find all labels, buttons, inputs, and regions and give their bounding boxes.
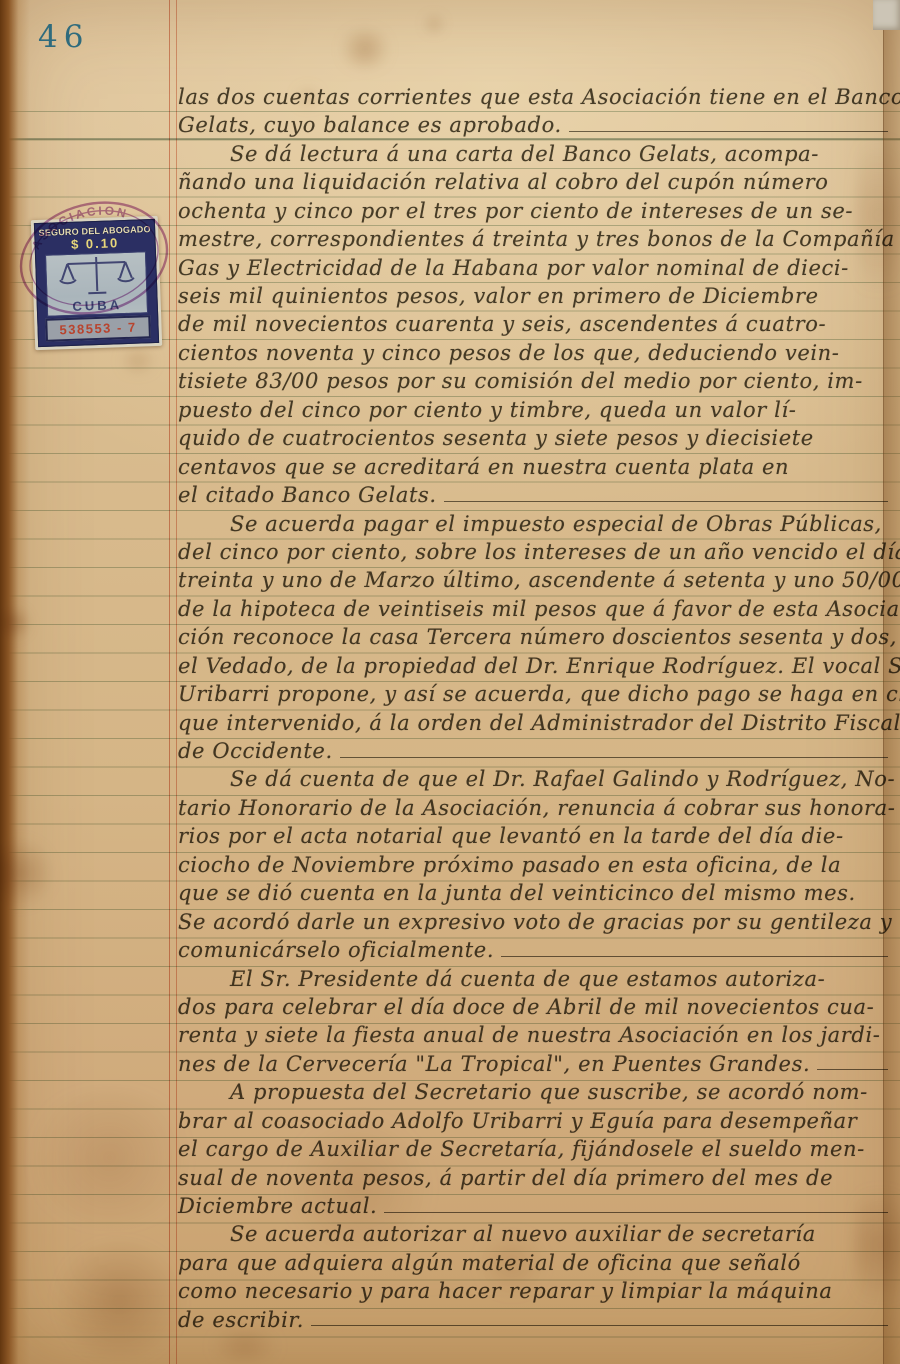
manuscript-line: ción reconoce la casa Tercera número dos… [178,623,892,651]
manuscript-line: A propuesta del Secretario que suscribe,… [178,1078,892,1106]
manuscript-line-text: ciocho de Noviembre próximo pasado en es… [178,851,841,879]
manuscript-line-text: Se acuerda autorizar al nuevo auxiliar d… [230,1220,816,1248]
manuscript-line-text: como necesario y para hacer reparar y li… [178,1277,832,1305]
manuscript-line-text: Se acordó darle un expresivo voto de gra… [178,908,892,936]
stain [116,350,160,372]
manuscript-line: seis mil quinientos pesos, valor en prim… [178,282,892,310]
manuscript-line-text: del cinco por ciento, sobre los interese… [178,538,900,566]
manuscript-line-text: Gas y Electricidad de la Habana por valo… [178,254,849,282]
manuscript-line-text: ción reconoce la casa Tercera número dos… [178,623,900,651]
manuscript-line-text: nes de la Cervecería "La Tropical", en P… [178,1050,810,1078]
manuscript-line-text: centavos que se acreditará en nuestra cu… [178,453,789,481]
paragraph-fill-line [444,501,888,502]
binding-edge [0,0,30,1364]
manuscript-line: Se dá cuenta de que el Dr. Rafael Galind… [178,766,892,794]
manuscript-line-text: Gelats, cuyo balance es aprobado. [178,111,562,139]
paragraph-fill-line [311,1325,888,1326]
manuscript-line: para que adquiera algún material de ofic… [178,1249,892,1277]
manuscript-line: treinta y uno de Marzo último, ascendent… [178,566,892,594]
manuscript-line-text: brar al coasociado Adolfo Uribarri y Egu… [178,1107,857,1135]
manuscript-line-text: tisiete 83/00 pesos por su comisión del … [178,367,863,395]
stamp-value: $ 0.10 [37,235,152,253]
revenue-stamp: SEGURO DEL ABOGADO $ 0.10 CUBA 5385 [31,216,162,350]
manuscript-line-text: el cargo de Auxiliar de Secretaría, fijá… [178,1135,865,1163]
manuscript-line: que se dió cuenta en la junta del veinti… [178,879,892,907]
manuscript-line: renta y siete la fiesta anual de nuestra… [178,1021,892,1049]
page-number: 46 [38,22,89,53]
manuscript-line: las dos cuentas corrientes que esta Asoc… [178,83,892,111]
paragraph-fill-line [569,131,888,132]
manuscript-line: brar al coasociado Adolfo Uribarri y Egu… [178,1107,892,1135]
manuscript-line: del cinco por ciento, sobre los interese… [178,538,892,566]
stain [200,1332,290,1360]
manuscript-line: mestre, correspondientes á treinta y tre… [178,225,892,253]
manuscript-line-text: el Vedado, de la propiedad del Dr. Enriq… [178,652,900,680]
scales-of-justice-icon [57,254,136,299]
manuscript-line: de Occidente. [178,737,892,765]
manuscript-line-text: Uribarri propone, y así se acuerda, que … [178,680,900,708]
manuscript-line-text: seis mil quinientos pesos, valor en prim… [178,282,819,310]
manuscript-line-text: tario Honorario de la Asociación, renunc… [178,794,895,822]
manuscript-line: rios por el acta notarial que levantó en… [178,822,892,850]
manuscript-line: comunicárselo oficialmente. [178,936,892,964]
manuscript-line: sual de noventa pesos, á partir del día … [178,1164,892,1192]
manuscript-line: El Sr. Presidente dá cuenta de que estam… [178,965,892,993]
corner-patch [873,0,900,30]
manuscript-line-text: treinta y uno de Marzo último, ascendent… [178,566,900,594]
stain [424,16,444,32]
manuscript-line: Se acuerda autorizar al nuevo auxiliar d… [178,1221,892,1249]
manuscript-line: Se acuerda pagar el impuesto especial de… [178,510,892,538]
stamp-frame: SEGURO DEL ABOGADO $ 0.10 CUBA 5385 [34,219,159,347]
manuscript-line: de mil novecientos cuarenta y seis, asce… [178,311,892,339]
manuscript-line-text: de la hipoteca de veintiseis mil pesos q… [178,595,900,623]
manuscript-line-text: El Sr. Presidente dá cuenta de que estam… [230,965,825,993]
manuscript-line: quido de cuatrocientos sesenta y siete p… [178,424,892,452]
manuscript-line-text: Se acuerda pagar el impuesto especial de… [230,510,882,538]
manuscript-line-text: A propuesta del Secretario que suscribe,… [230,1078,868,1106]
manuscript-line: el citado Banco Gelats. [178,481,892,509]
stamp-country: CUBA [48,297,147,314]
manuscript-line-text: sual de noventa pesos, á partir del día … [178,1164,833,1192]
manuscript-line: tario Honorario de la Asociación, renunc… [178,794,892,822]
manuscript-line: ciocho de Noviembre próximo pasado en es… [178,851,892,879]
manuscript-line-text: de mil novecientos cuarenta y seis, asce… [178,310,826,338]
manuscript-line-text: dos para celebrar el día doce de Abril d… [178,993,874,1021]
red-margin-line [169,0,177,1364]
paragraph-fill-line [817,1069,888,1070]
manuscript-text-block: las dos cuentas corrientes que esta Asoc… [178,83,892,1334]
manuscript-line: el cargo de Auxiliar de Secretaría, fijá… [178,1135,892,1163]
manuscript-line: como necesario y para hacer reparar y li… [178,1277,892,1305]
manuscript-line: Uribarri propone, y así se acuerda, que … [178,680,892,708]
stamp-vignette: CUBA [45,251,148,316]
manuscript-line-text: de Occidente. [178,737,333,765]
manuscript-line: cientos noventa y cinco pesos de los que… [178,339,892,367]
stain [336,30,394,68]
stamp-serial-number: 538553 - 7 [45,315,151,342]
manuscript-line-text: de escribir. [178,1306,304,1334]
manuscript-line: Se acordó darle un expresivo voto de gra… [178,908,892,936]
manuscript-line: Se dá lectura á una carta del Banco Gela… [178,140,892,168]
manuscript-line-text: que se dió cuenta en la junta del veinti… [178,879,856,907]
manuscript-line-text: rios por el acta notarial que levantó en… [178,822,844,850]
manuscript-line: de escribir. [178,1306,892,1334]
ledger-page-scan: 46 las dos cuentas corrientes que esta A… [0,0,900,1364]
manuscript-line-text: ochenta y cinco por el tres por ciento d… [178,197,853,225]
manuscript-line-text: renta y siete la fiesta anual de nuestra… [178,1021,881,1049]
manuscript-line-text: cientos noventa y cinco pesos de los que… [178,339,840,367]
manuscript-line-text: comunicárselo oficialmente. [178,936,494,964]
paragraph-fill-line [384,1212,888,1213]
paragraph-fill-line [501,956,888,957]
manuscript-line: nes de la Cervecería "La Tropical", en P… [178,1050,892,1078]
manuscript-line-text: quido de cuatrocientos sesenta y siete p… [178,424,814,452]
manuscript-line: el Vedado, de la propiedad del Dr. Enriq… [178,652,892,680]
manuscript-line-text: que intervenido, á la orden del Administ… [178,709,900,737]
paragraph-fill-line [340,757,888,758]
manuscript-line-text: el citado Banco Gelats. [178,481,437,509]
manuscript-line-text: mestre, correspondientes á treinta y tre… [178,225,900,253]
manuscript-line: dos para celebrar el día doce de Abril d… [178,993,892,1021]
manuscript-line: de la hipoteca de veintiseis mil pesos q… [178,595,892,623]
manuscript-line: Diciembre actual. [178,1192,892,1220]
manuscript-line: Gas y Electricidad de la Habana por valo… [178,254,892,282]
stain [52,1242,187,1360]
manuscript-line-text: puesto del cinco por ciento y timbre, qu… [178,396,796,424]
manuscript-line: centavos que se acreditará en nuestra cu… [178,453,892,481]
manuscript-line: ochenta y cinco por el tres por ciento d… [178,197,892,225]
manuscript-line-text: Se dá lectura á una carta del Banco Gela… [230,140,819,168]
manuscript-line: Gelats, cuyo balance es aprobado. [178,111,892,139]
manuscript-line: tisiete 83/00 pesos por su comisión del … [178,367,892,395]
manuscript-line-text: Diciembre actual. [178,1192,377,1220]
manuscript-line-text: Se dá cuenta de que el Dr. Rafael Galind… [230,765,895,793]
manuscript-line-text: las dos cuentas corrientes que esta Asoc… [178,83,900,111]
manuscript-line-text: para que adquiera algún material de ofic… [178,1249,801,1277]
manuscript-line-text: ñando una liquidación relativa al cobro … [178,168,829,196]
manuscript-line: que intervenido, á la orden del Administ… [178,709,892,737]
manuscript-line: ñando una liquidación relativa al cobro … [178,168,892,196]
manuscript-line: puesto del cinco por ciento y timbre, qu… [178,396,892,424]
